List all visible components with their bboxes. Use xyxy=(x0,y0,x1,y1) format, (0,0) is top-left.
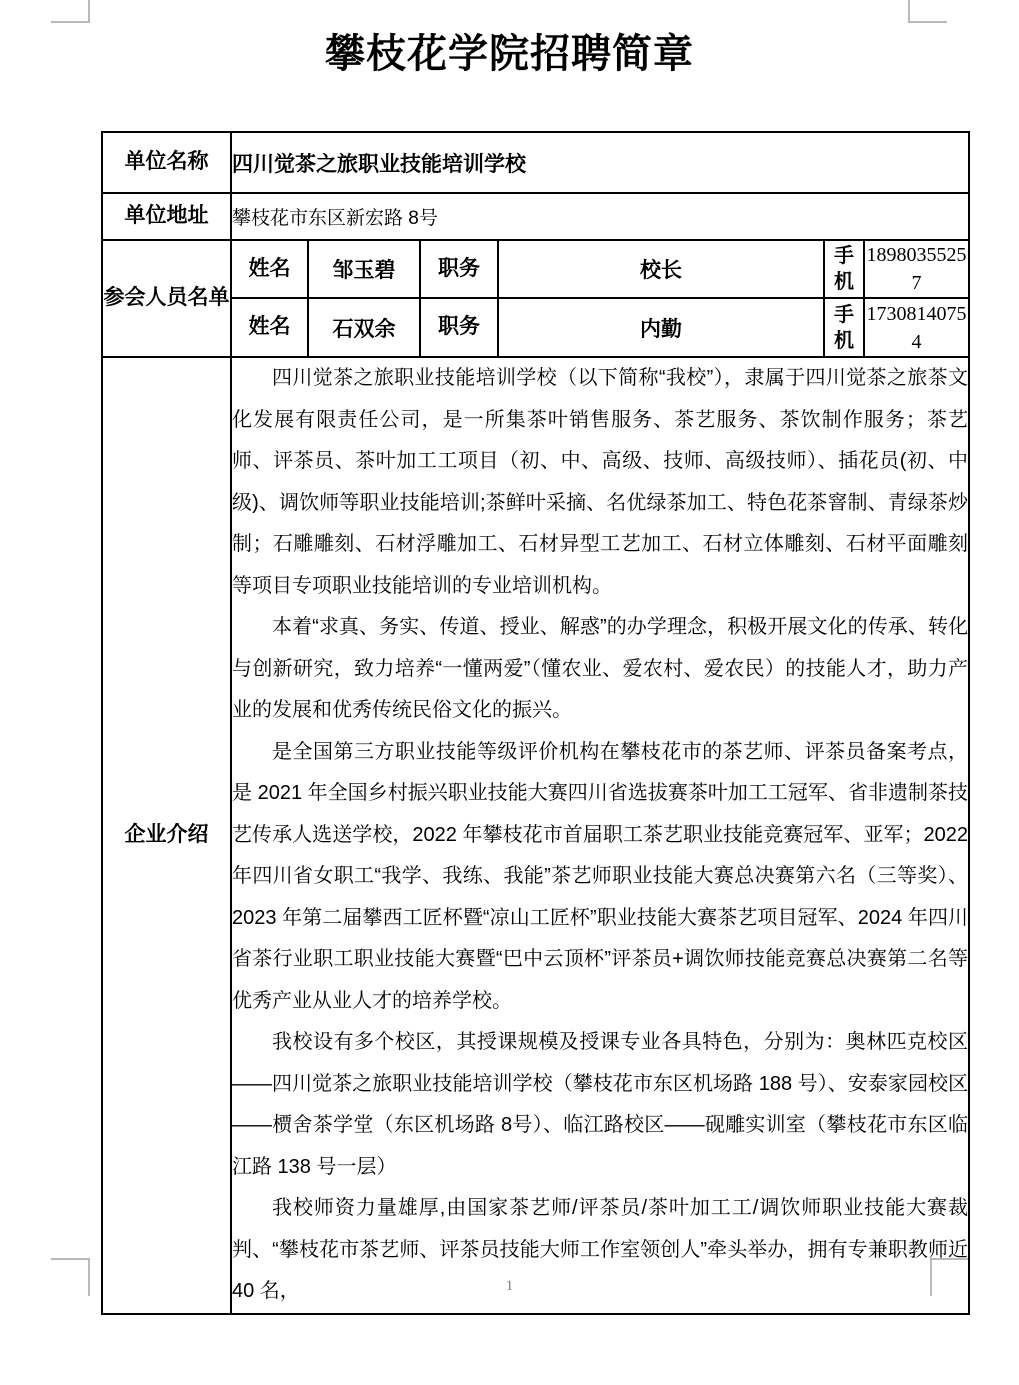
attendee-name: 邹玉碧 xyxy=(308,240,420,298)
table-row: 单位名称 四川觉茶之旅职业技能培训学校 xyxy=(102,132,969,193)
attendee-name-label: 姓名 xyxy=(231,298,308,357)
company-intro-text: 四川觉茶之旅职业技能培训学校（以下简称“我校”），隶属于四川觉茶之旅茶文化发展有… xyxy=(231,357,969,1314)
table-row attendee-row: 参会人员名单 姓名 邹玉碧 职务 校长 手机 18980355257 xyxy=(102,240,969,298)
attendee-title: 内勤 xyxy=(498,298,824,357)
attendee-name: 石双余 xyxy=(308,298,420,357)
intro-paragraph: 是全国第三方职业技能等级评价机构在攀枝花市的茶艺师、评茶员备案考点，是 2021… xyxy=(232,732,968,1023)
attendees-label: 参会人员名单 xyxy=(102,240,231,357)
attendee-title-label: 职务 xyxy=(420,240,498,298)
attendee-title: 校长 xyxy=(498,240,824,298)
margin-mark-top-right xyxy=(908,0,947,23)
unit-name-label: 单位名称 xyxy=(102,132,231,193)
intro-paragraph: 本着“求真、务实、传道、授业、解惑”的办学理念，积极开展文化的传承、转化与创新研… xyxy=(232,607,968,732)
intro-paragraph: 四川觉茶之旅职业技能培训学校（以下简称“我校”），隶属于四川觉茶之旅茶文化发展有… xyxy=(232,358,968,607)
attendee-name-label: 姓名 xyxy=(231,240,308,298)
page-number: 1 xyxy=(0,1278,1019,1295)
company-intro-label: 企业介绍 xyxy=(102,357,231,1314)
attendee-phone-label: 手机 xyxy=(824,298,864,357)
document-page: { "doc": { "title": "攀枝花学院招聘简章", "page_n… xyxy=(0,0,1019,1385)
attendee-phone: 17308140754 xyxy=(864,298,969,357)
attendee-phone-label: 手机 xyxy=(824,240,864,298)
table-row attendee-row: 姓名 石双余 职务 内勤 手机 17308140754 xyxy=(102,298,969,357)
table-row intro-row: 企业介绍 四川觉茶之旅职业技能培训学校（以下简称“我校”），隶属于四川觉茶之旅茶… xyxy=(102,357,969,1314)
unit-name-value: 四川觉茶之旅职业技能培训学校 xyxy=(231,132,969,193)
unit-address-value: 攀枝花市东区新宏路 8号 xyxy=(231,193,969,240)
table-row: 单位地址 攀枝花市东区新宏路 8号 xyxy=(102,193,969,240)
intro-paragraph: 我校设有多个校区，其授课规模及授课专业各具特色，分别为：奥林匹克校区——四川觉茶… xyxy=(232,1022,968,1188)
attendee-title-label: 职务 xyxy=(420,298,498,357)
attendee-phone: 18980355257 xyxy=(864,240,969,298)
info-table: 单位名称 四川觉茶之旅职业技能培训学校 单位地址 攀枝花市东区新宏路 8号 参会… xyxy=(101,131,970,1315)
margin-mark-top-left xyxy=(51,0,90,23)
document-title: 攀枝花学院招聘简章 xyxy=(0,22,1019,79)
unit-address-label: 单位地址 xyxy=(102,193,231,240)
